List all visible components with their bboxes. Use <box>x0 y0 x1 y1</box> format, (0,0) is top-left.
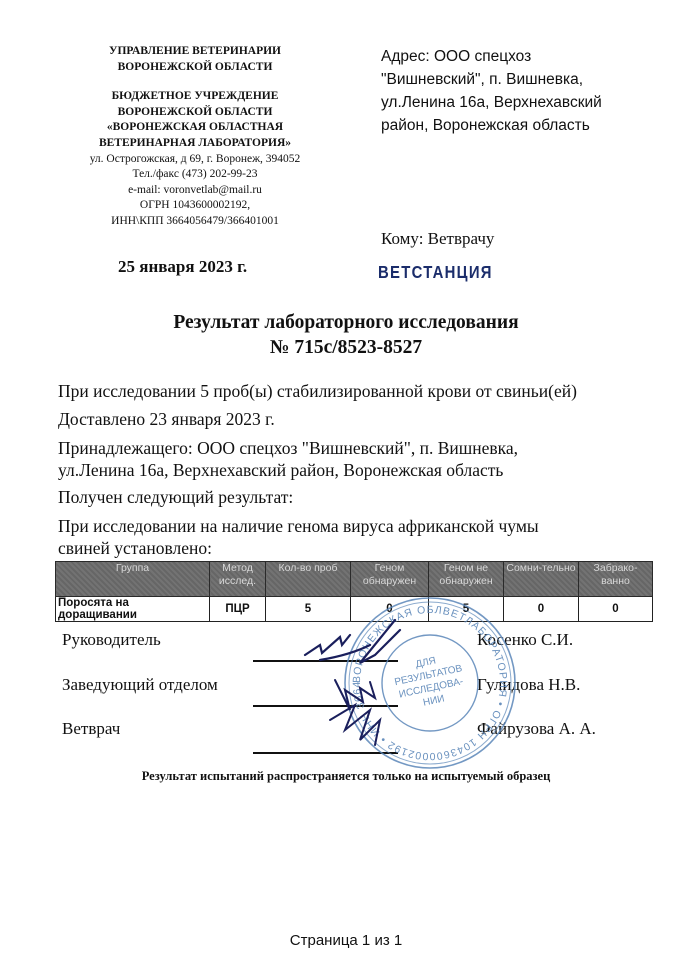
body-delivered: Доставлено 23 января 2023 г. <box>58 408 678 430</box>
col-rejected: Забрако-ванно <box>579 562 653 597</box>
col-doubtful: Сомни-тельно <box>504 562 579 597</box>
svg-text:ИССЛЕДОВА-: ИССЛЕДОВА- <box>398 676 464 700</box>
signature-line <box>253 752 398 754</box>
body-samples: При исследовании 5 проб(ы) стабилизирова… <box>58 380 678 402</box>
document-title: Результат лабораторного исследования № 7… <box>0 310 692 360</box>
table-header-row: Группа Метод исслед. Кол-во проб Геном о… <box>56 562 653 597</box>
signature-head-icon <box>300 615 420 670</box>
signature-role-head: Руководитель <box>62 630 161 650</box>
table-row: Поросята на доращивании ПЦР 5 0 5 0 0 <box>56 597 653 622</box>
cell-doubtful: 0 <box>504 597 579 622</box>
signature-name-head: Косенко С.И. <box>477 630 573 650</box>
svg-text:НИИ: НИИ <box>422 693 445 708</box>
signature-name-vet: Файрузова А. А. <box>477 719 596 739</box>
title-line: Результат лабораторного исследования <box>0 310 692 335</box>
col-genome-not-detected: Геном не обнаружен <box>429 562 504 597</box>
owner-line: Принадлежащего: ООО спецхоз "Вишневский"… <box>58 437 678 459</box>
header-inn: ИНН\КПП 3664056479/366401001 <box>70 214 320 230</box>
header-org-2: ВОРОНЕЖСКОЙ ОБЛАСТИ <box>70 105 320 121</box>
header-ogrn: ОГРН 1043600002192, <box>70 198 320 214</box>
body-result-intro: Получен следующий результат: <box>58 486 678 508</box>
cell-genome-not-detected: 5 <box>429 597 504 622</box>
header-email: e-mail: voronvetlab@mail.ru <box>70 183 320 199</box>
address-line: "Вишневский", п. Вишневка, <box>381 68 661 91</box>
header-address: ул. Острогожская, д 69, г. Воронеж, 3940… <box>70 152 320 168</box>
cell-rejected: 0 <box>579 597 653 622</box>
test-line: свиней установлено: <box>58 537 678 559</box>
cell-genome-detected: 0 <box>351 597 429 622</box>
address-line: Адрес: ООО спецхоз <box>381 45 661 68</box>
address-line: район, Воронежская область <box>381 114 661 137</box>
body-owner: Принадлежащего: ООО спецхоз "Вишневский"… <box>58 437 678 481</box>
document-date: 25 января 2023 г. <box>118 257 247 277</box>
recipient-address: Адрес: ООО спецхоз "Вишневский", п. Вишн… <box>381 45 661 137</box>
recipient-to: Кому: Ветврачу <box>381 229 494 249</box>
signature-line <box>253 705 398 707</box>
document-number: № 715с/8523-8527 <box>0 335 692 360</box>
svg-text:ДЛЯ: ДЛЯ <box>415 655 437 670</box>
svg-text:РЕЗУЛЬТАТОВ: РЕЗУЛЬТАТОВ <box>394 663 464 688</box>
signature-name-dept: Гулидова Н.В. <box>477 675 580 695</box>
vetstation-stamp: ВЕТСТАНЦИЯ <box>378 262 493 283</box>
signature-role-vet: Ветврач <box>62 719 120 739</box>
col-method: Метод исслед. <box>210 562 266 597</box>
col-genome-detected: Геном обнаружен <box>351 562 429 597</box>
body-test-description: При исследовании на наличие генома вирус… <box>58 515 678 559</box>
header-phone: Тел./факс (473) 202-99-23 <box>70 167 320 183</box>
header-org-1: БЮДЖЕТНОЕ УЧРЕЖДЕНИЕ <box>70 89 320 105</box>
header-dept-2: ВОРОНЕЖСКОЙ ОБЛАСТИ <box>70 60 320 76</box>
header-org-3: «ВОРОНЕЖСКАЯ ОБЛАСТНАЯ <box>70 120 320 136</box>
address-line: ул.Ленина 16а, Верхнехавский <box>381 91 661 114</box>
col-group: Группа <box>56 562 210 597</box>
col-sample-count: Кол-во проб <box>266 562 351 597</box>
signature-role-dept: Заведующий отделом <box>62 675 218 695</box>
owner-line: ул.Ленина 16а, Верхнехавский район, Воро… <box>58 459 678 481</box>
lab-header: УПРАВЛЕНИЕ ВЕТЕРИНАРИИ ВОРОНЕЖСКОЙ ОБЛАС… <box>70 44 320 230</box>
results-table: Группа Метод исслед. Кол-во проб Геном о… <box>55 561 653 622</box>
test-line: При исследовании на наличие генома вирус… <box>58 515 678 537</box>
header-dept-1: УПРАВЛЕНИЕ ВЕТЕРИНАРИИ <box>70 44 320 60</box>
footer-note: Результат испытаний распространяется тол… <box>0 769 692 784</box>
page-indicator: Страница 1 из 1 <box>0 932 692 949</box>
cell-sample-count: 5 <box>266 597 351 622</box>
signature-line <box>253 660 398 662</box>
cell-method: ПЦР <box>210 597 266 622</box>
signature-dept-icon <box>325 670 395 750</box>
header-org-4: ВЕТЕРИНАРНАЯ ЛАБОРАТОРИЯ» <box>70 136 320 152</box>
cell-group: Поросята на доращивании <box>56 597 210 622</box>
